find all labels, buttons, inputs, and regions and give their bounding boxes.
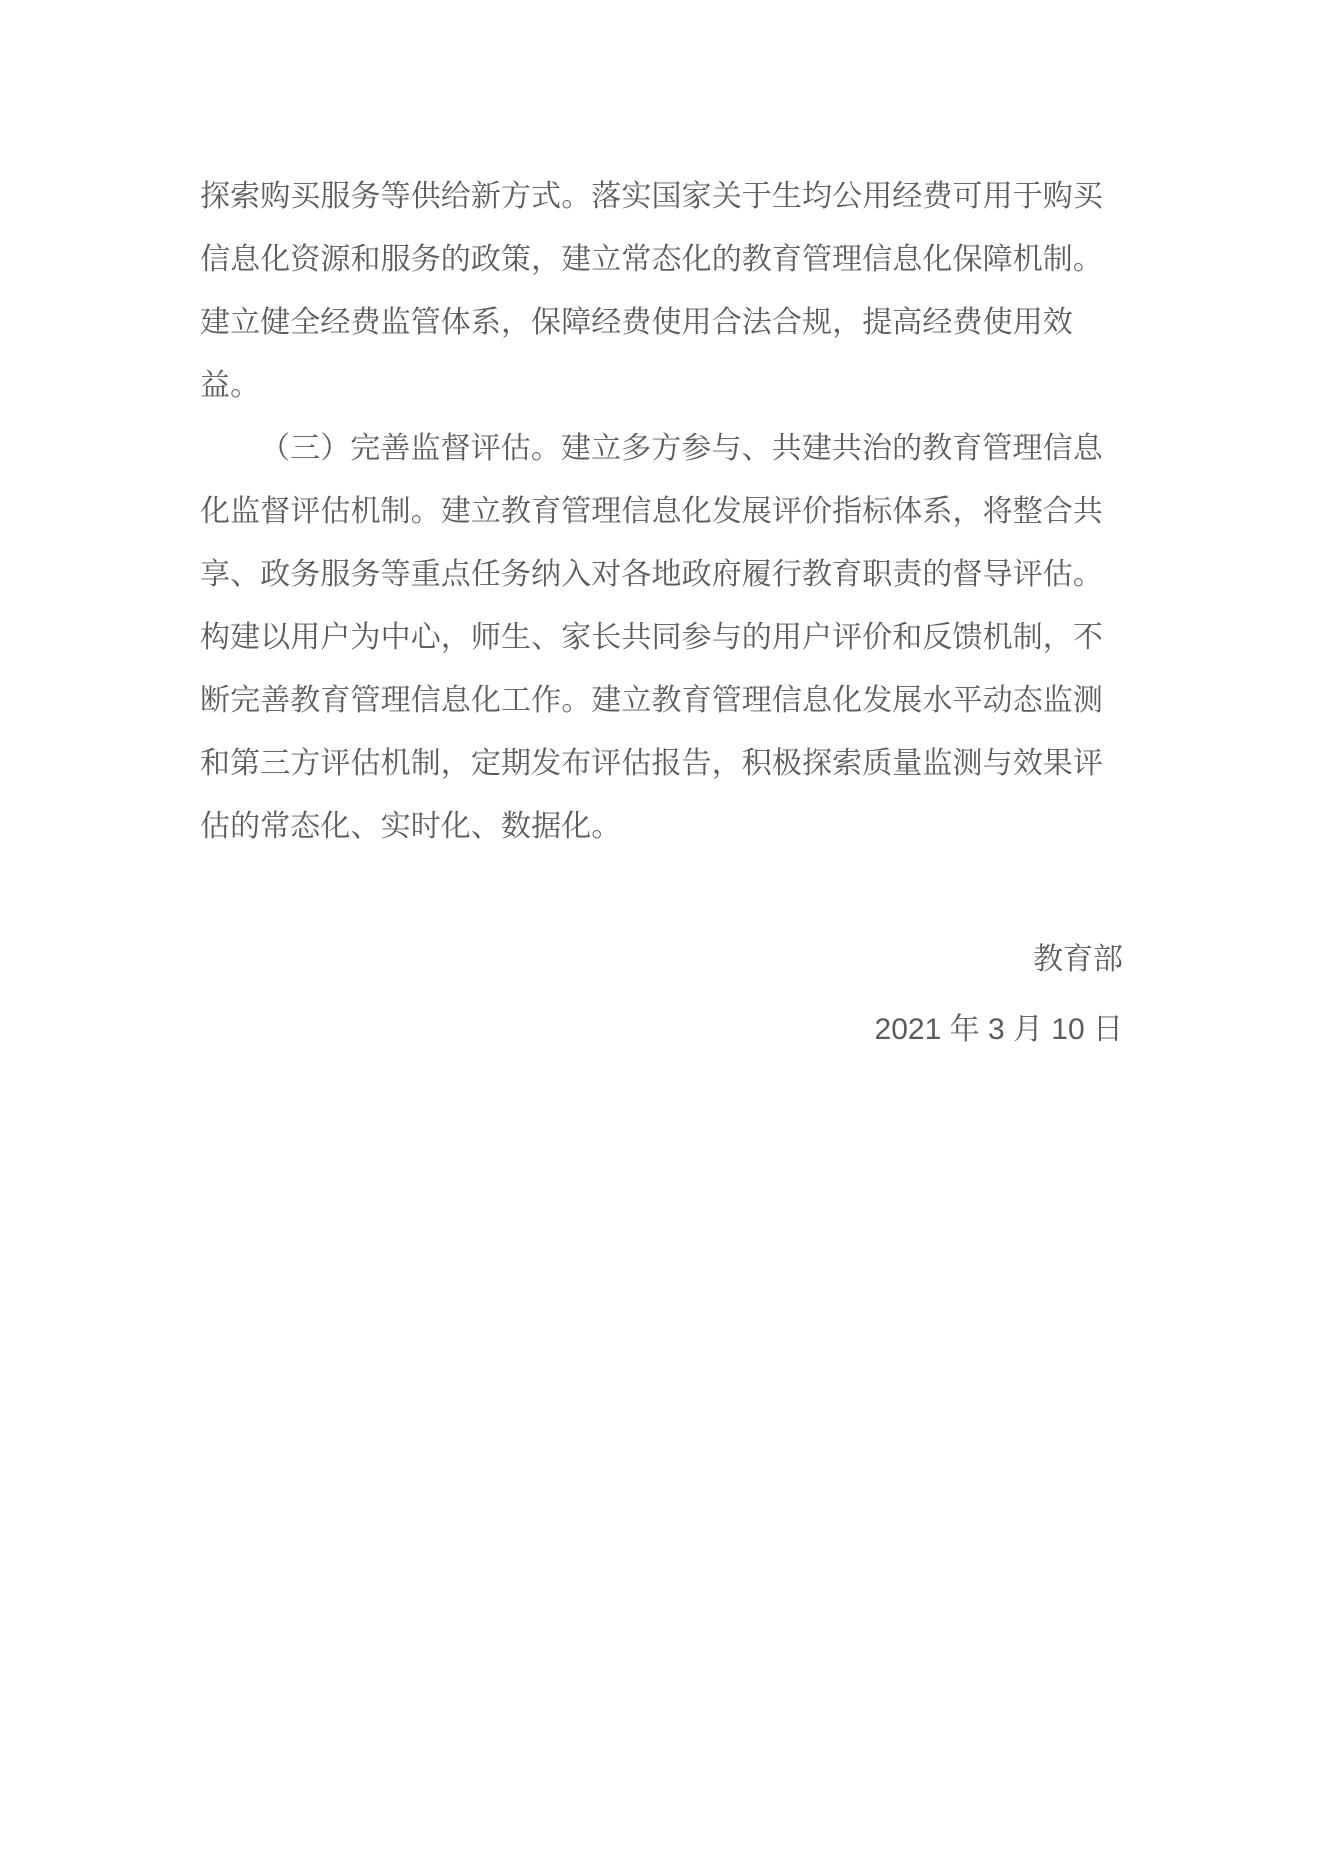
text-line: 估的常态化、实时化、数据化。 <box>200 795 1123 858</box>
text-line: 享、政务服务等重点任务纳入对各地政府履行教育职责的督导评估。 <box>200 543 1123 606</box>
text-line: 构建以用户为中心，师生、家长共同参与的用户评价和反馈机制，不 <box>200 606 1123 669</box>
text-line: 探索购买服务等供给新方式。落实国家关于生均公用经费可用于购买 <box>200 165 1123 228</box>
document-page: 探索购买服务等供给新方式。落实国家关于生均公用经费可用于购买信息化资源和服务的政… <box>0 0 1323 1871</box>
text-line: 化监督评估机制。建立教育管理信息化发展评价指标体系，将整合共 <box>200 480 1123 543</box>
text-line: 建立健全经费监管体系，保障经费使用合法合规，提高经费使用效 <box>200 291 1123 354</box>
text-line: （三）完善监督评估。建立多方参与、共建共治的教育管理信息 <box>200 417 1123 480</box>
text-line: 信息化资源和服务的政策，建立常态化的教育管理信息化保障机制。 <box>200 228 1123 291</box>
document-body: 探索购买服务等供给新方式。落实国家关于生均公用经费可用于购买信息化资源和服务的政… <box>200 165 1123 858</box>
text-line: 和第三方评估机制，定期发布评估报告，积极探索质量监测与效果评 <box>200 732 1123 795</box>
text-line: 断完善教育管理信息化工作。建立教育管理信息化发展水平动态监测 <box>200 669 1123 732</box>
document-content: 探索购买服务等供给新方式。落实国家关于生均公用经费可用于购买信息化资源和服务的政… <box>200 165 1123 1061</box>
signature-block: 教育部 2021 年 3 月 10 日 <box>200 928 1123 1061</box>
signature-date: 2021 年 3 月 10 日 <box>200 998 1123 1061</box>
text-line: 益。 <box>200 354 1123 417</box>
signature-issuer: 教育部 <box>200 928 1123 991</box>
